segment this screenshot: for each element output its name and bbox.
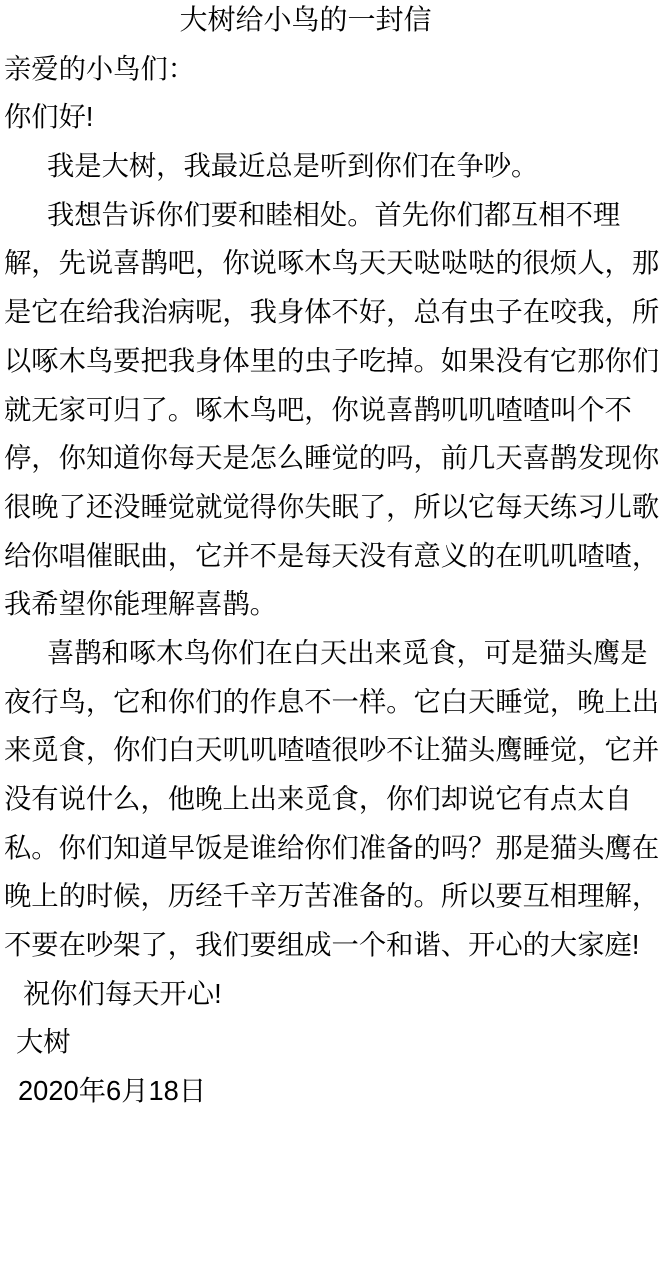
letter-line: 解，先说喜鹊吧，你说啄木鸟天天哒哒哒的很烦人，那 bbox=[4, 239, 661, 288]
letter-lines: 亲爱的小鸟们：你们好!我是大树，我最近总是听到你们在争吵。我想告诉你们要和睦相处… bbox=[4, 45, 661, 1116]
letter-line: 亲爱的小鸟们： bbox=[4, 45, 661, 94]
letter-line: 给你唱催眠曲，它并不是每天没有意义的在叽叽喳喳， bbox=[4, 532, 661, 581]
letter-line: 你们好! bbox=[4, 93, 661, 142]
letter-body: 大树给小鸟的一封信 亲爱的小鸟们：你们好!我是大树，我最近总是听到你们在争吵。我… bbox=[4, 0, 661, 1116]
letter-line: 夜行鸟，它和你们的作息不一样。它白天睡觉，晚上出 bbox=[4, 678, 661, 727]
letter-line: 来觅食，你们白天叽叽喳喳很吵不让猫头鹰睡觉，它并 bbox=[4, 726, 661, 775]
letter-line: 以啄木鸟要把我身体里的虫子吃掉。如果没有它那你们 bbox=[4, 337, 661, 386]
letter-line: 停，你知道你每天是怎么睡觉的吗，前几天喜鹊发现你 bbox=[4, 434, 661, 483]
letter-line: 我是大树，我最近总是听到你们在争吵。 bbox=[4, 142, 661, 191]
letter-line: 喜鹊和啄木鸟你们在白天出来觅食，可是猫头鹰是 bbox=[4, 629, 661, 678]
letter-line: 我想告诉你们要和睦相处。首先你们都互相不理 bbox=[4, 191, 661, 240]
letter-line: 是它在给我治病呢，我身体不好，总有虫子在咬我，所 bbox=[4, 288, 661, 337]
letter-line: 祝你们每天开心! bbox=[4, 970, 661, 1019]
letter-line: 大树 bbox=[4, 1018, 661, 1067]
letter-line: 很晚了还没睡觉就觉得你失眠了，所以它每天练习儿歌 bbox=[4, 483, 661, 532]
letter-page: 大树给小鸟的一封信 亲爱的小鸟们：你们好!我是大树，我最近总是听到你们在争吵。我… bbox=[0, 0, 665, 1276]
letter-title: 大树给小鸟的一封信 bbox=[4, 0, 661, 45]
letter-line: 我希望你能理解喜鹊。 bbox=[4, 580, 661, 629]
letter-line: 2020年6月18日 bbox=[4, 1067, 661, 1116]
letter-line: 没有说什么，他晚上出来觅食，你们却说它有点太自 bbox=[4, 775, 661, 824]
letter-line: 不要在吵架了，我们要组成一个和谐、开心的大家庭! bbox=[4, 921, 661, 970]
letter-line: 私。你们知道早饭是谁给你们准备的吗？那是猫头鹰在 bbox=[4, 824, 661, 873]
letter-line: 晚上的时候，历经千辛万苦准备的。所以要互相理解， bbox=[4, 872, 661, 921]
letter-line: 就无家可归了。啄木鸟吧，你说喜鹊叽叽喳喳叫个不 bbox=[4, 386, 661, 435]
